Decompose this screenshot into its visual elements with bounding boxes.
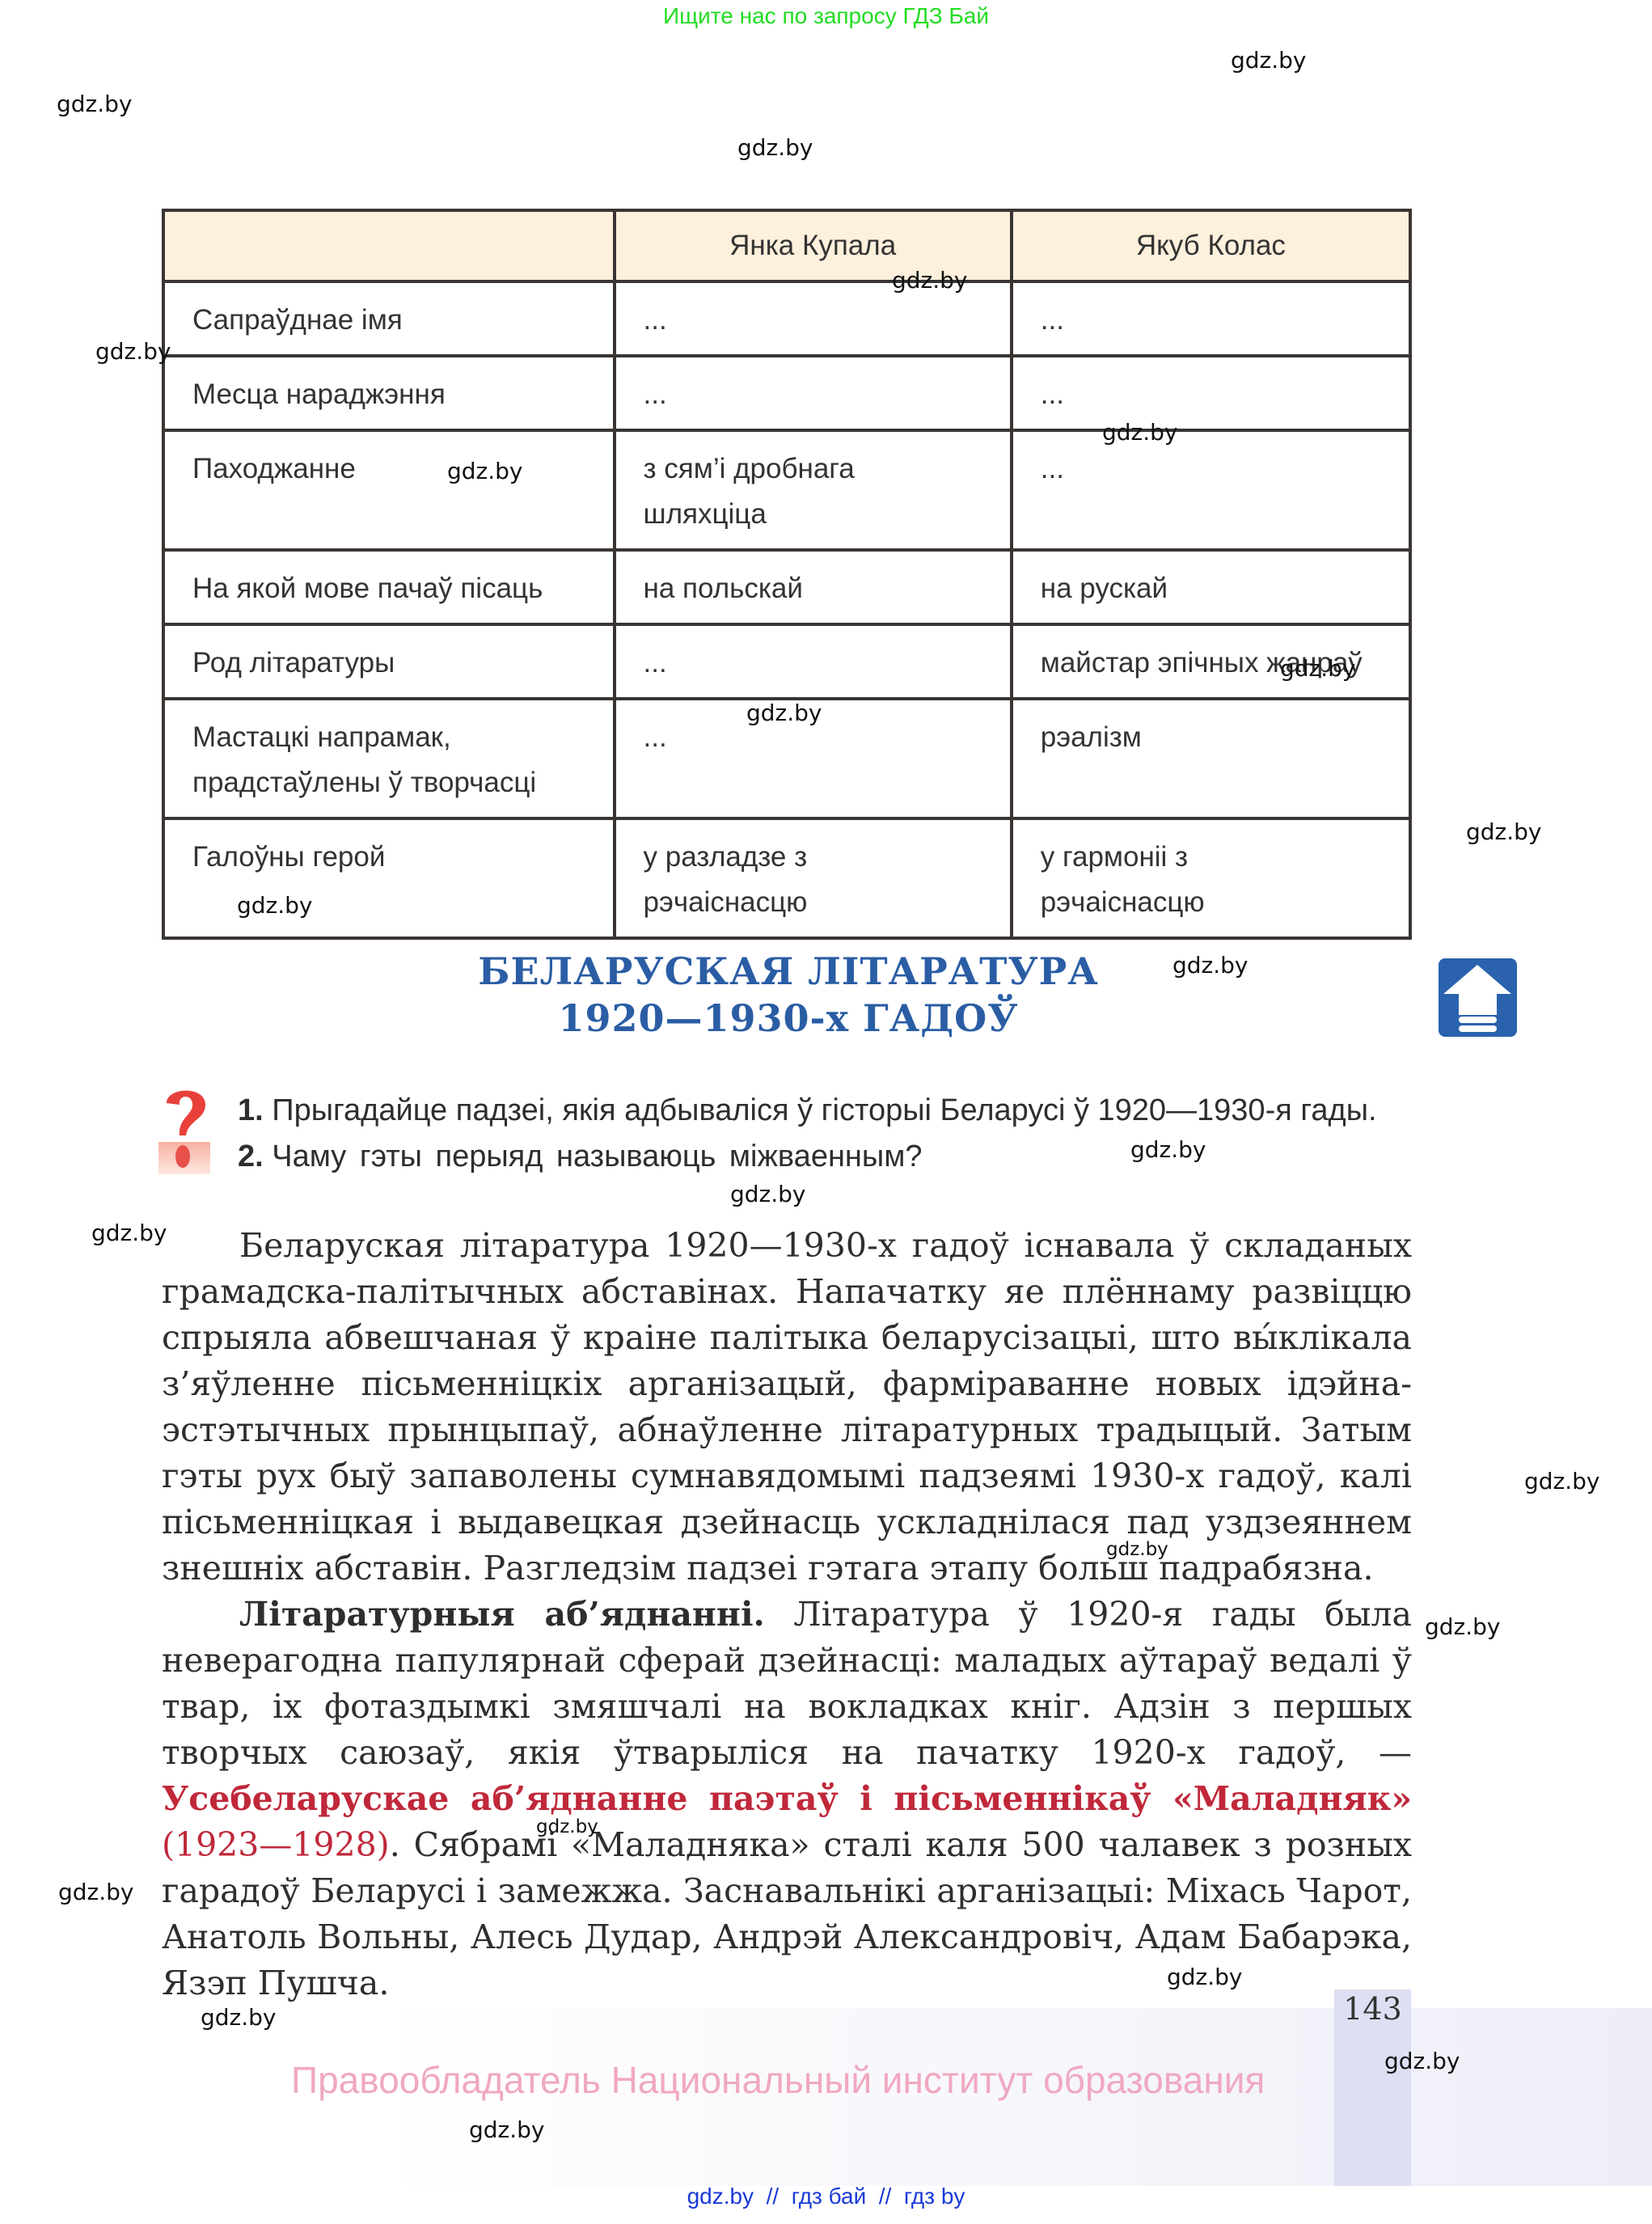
cell-kupala: на польскай: [615, 550, 1012, 624]
watermark: gdz.by: [1524, 1468, 1600, 1495]
table-row: Паходжанне з сям’і дробнага шляхціца ...: [163, 430, 1410, 550]
table-row: Сапраўднае імя ... ...: [163, 281, 1410, 356]
watermark: gdz.by: [1167, 1964, 1243, 1990]
watermark: gdz.by: [1280, 655, 1356, 682]
comparison-table: Янка Купала Якуб Колас Сапраўднае імя ..…: [162, 209, 1412, 940]
watermark: gdz.by: [91, 1220, 167, 1246]
question-text: Прыгадайце падзеі, якія адбываліся ў гіс…: [272, 1093, 1376, 1127]
watermark: gdz.by: [892, 267, 968, 294]
question-number: 1.: [238, 1093, 264, 1127]
cell-kolas: ...: [1012, 356, 1410, 430]
section-title: БЕЛАРУСКАЯ ЛІТАРАТУРА 1920—1930-х ГАДОЎ: [453, 948, 1124, 1042]
watermark: gdz.by: [1172, 952, 1249, 979]
table-row: Галоўны герой у разладзе з рэчаіснасцю у…: [163, 818, 1410, 938]
table-row: Род літаратуры ... майстар эпічных жанра…: [163, 624, 1410, 699]
row-label: Месца нараджэння: [163, 356, 615, 430]
watermark: gdz.by: [1384, 2048, 1460, 2074]
watermark: gdz.by: [536, 1816, 598, 1837]
highlight-maladniak: Усебеларускае аб’яднанне паэтаў і пісьме…: [162, 1779, 1412, 1818]
body-text: Беларуская літаратура 1920—1930-х гадоў …: [162, 1223, 1412, 2006]
table-row: Месца нараджэння ... ...: [163, 356, 1410, 430]
watermark: gdz.by: [1102, 419, 1178, 446]
cell-kolas: рэалізм: [1012, 699, 1410, 818]
table-row: На якой мове пачаў пісаць на польскай на…: [163, 550, 1410, 624]
highlight-years: (1923—1928): [162, 1825, 390, 1864]
question-number: 2.: [238, 1139, 264, 1173]
row-label: Паходжанне: [163, 430, 615, 550]
watermark: gdz.by: [1106, 1539, 1168, 1560]
paragraph-2: Літаратурныя аб’яднанні. Літаратура ў 19…: [162, 1592, 1412, 2006]
page-number: 143: [1338, 1991, 1407, 2027]
cell-kupala: у разладзе з рэчаіснасцю: [615, 818, 1012, 938]
watermark: gdz.by: [1466, 818, 1542, 845]
watermark: gdz.by: [469, 2116, 545, 2143]
cell-kupala: ...: [615, 624, 1012, 699]
table-header-empty: [163, 210, 615, 281]
watermark: gdz.by: [730, 1181, 806, 1207]
arrow-up-icon[interactable]: [1439, 958, 1517, 1037]
watermark: gdz.by: [737, 134, 813, 161]
row-label: Сапраўднае імя: [163, 281, 615, 356]
rights-holder-notice: Правообладатель Национальный институт об…: [291, 2058, 1265, 2102]
watermark: gdz.by: [58, 1879, 134, 1905]
watermark: gdz.by: [57, 91, 133, 117]
question-item: 1. Прыгадайце падзеі, якія адбываліся ў …: [238, 1088, 1418, 1134]
cell-kupala: ...: [615, 356, 1012, 430]
cell-kolas: ...: [1012, 430, 1410, 550]
watermark: gdz.by: [447, 458, 523, 484]
question-item: 2. Чаму гэты перыяд называюць міжваенным…: [238, 1134, 1418, 1180]
search-banner: Ищите нас по запросу ГДЗ Бай: [0, 3, 1652, 29]
questions-list: 1. Прыгадайце падзеі, якія адбываліся ў …: [238, 1088, 1418, 1180]
question-text: Чаму гэты перыяд называюць міжваенным?: [272, 1139, 922, 1173]
row-label: Мастацкі напрамак, прадстаўлены ў творча…: [163, 699, 615, 818]
row-label: Галоўны герой: [163, 818, 615, 938]
watermark: gdz.by: [746, 700, 822, 726]
table-header-kolas: Якуб Колас: [1012, 210, 1410, 281]
paragraph-1: Беларуская літаратура 1920—1930-х гадоў …: [162, 1223, 1412, 1592]
row-label: Род літаратуры: [163, 624, 615, 699]
section-title-line2: 1920—1930-х ГАДОЎ: [453, 995, 1124, 1042]
table-header-row: Янка Купала Якуб Колас: [163, 210, 1410, 281]
question-mark-icon: [158, 1084, 215, 1174]
bottom-links[interactable]: gdz.by // гдз бай // гдз by: [0, 2184, 1652, 2209]
cell-kupala: з сям’і дробнага шляхціца: [615, 430, 1012, 550]
watermark: gdz.by: [95, 338, 171, 365]
cell-kolas: ...: [1012, 281, 1410, 356]
cell-kolas: на рускай: [1012, 550, 1410, 624]
watermark: gdz.by: [1231, 47, 1307, 74]
section-title-line1: БЕЛАРУСКАЯ ЛІТАРАТУРА: [453, 948, 1124, 995]
watermark: gdz.by: [201, 2004, 277, 2031]
subheading-literary-associations: Літаратурныя аб’яднанні.: [239, 1595, 765, 1634]
cell-kolas: у гармоніі з рэчаіснасцю: [1012, 818, 1410, 938]
watermark: gdz.by: [1425, 1613, 1501, 1640]
row-label: На якой мове пачаў пісаць: [163, 550, 615, 624]
